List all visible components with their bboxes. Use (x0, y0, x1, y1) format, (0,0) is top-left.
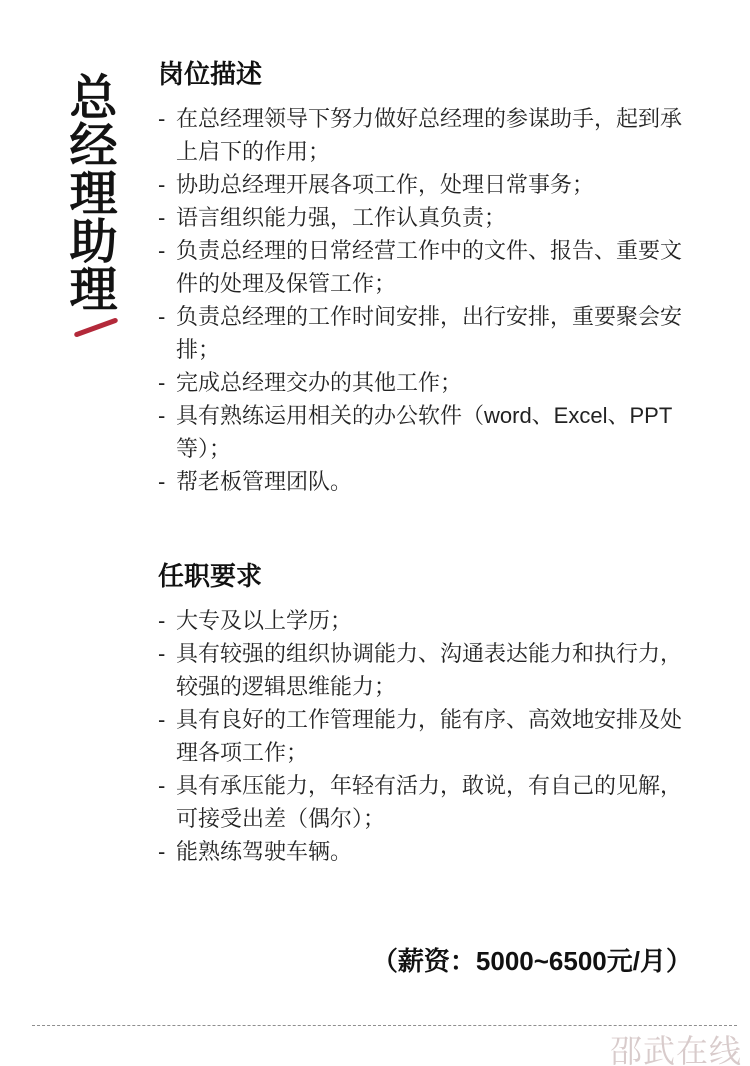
bullet-dash: - (158, 168, 176, 201)
red-slash-decoration (74, 317, 119, 337)
bullet-dash: - (158, 234, 176, 300)
job-requirements-heading: 任职要求 (158, 558, 685, 594)
list-item: - 具有良好的工作管理能力，能有序、高效地安排及处理各项工作； (158, 703, 685, 769)
job-description-list: - 在总经理领导下努力做好总经理的参谋助手，起到承上启下的作用； - 协助总经理… (158, 102, 685, 498)
bullet-dash: - (158, 399, 176, 465)
job-requirements-list: - 大专及以上学历； - 具有较强的组织协调能力、沟通表达能力和执行力，较强的逻… (158, 604, 685, 868)
list-item: - 负责总经理的日常经营工作中的文件、报告、重要文件的处理及保管工作； (158, 234, 685, 300)
job-description-heading: 岗位描述 (158, 56, 685, 92)
list-item-text: 负责总经理的日常经营工作中的文件、报告、重要文件的处理及保管工作； (176, 234, 685, 300)
list-item: - 完成总经理交办的其他工作； (158, 366, 685, 399)
list-item-text: 具有熟练运用相关的办公软件（word、Excel、PPT等）； (176, 399, 685, 465)
list-item: - 具有承压能力，年轻有活力，敢说，有自己的见解，可接受出差（偶尔）； (158, 769, 685, 835)
list-item-text: 帮老板管理团队。 (176, 465, 685, 498)
list-item: - 具有较强的组织协调能力、沟通表达能力和执行力，较强的逻辑思维能力； (158, 637, 685, 703)
bullet-dash: - (158, 102, 176, 168)
list-item-text: 能熟练驾驶车辆。 (176, 835, 685, 868)
bullet-dash: - (158, 366, 176, 399)
section-job-description: 岗位描述 - 在总经理领导下努力做好总经理的参谋助手，起到承上启下的作用； - … (158, 56, 685, 498)
bullet-dash: - (158, 201, 176, 234)
bullet-dash: - (158, 835, 176, 868)
bullet-dash: - (158, 604, 176, 637)
list-item: - 大专及以上学历； (158, 604, 685, 637)
list-item-text: 完成总经理交办的其他工作； (176, 366, 685, 399)
bullet-dash: - (158, 769, 176, 835)
list-item: - 能熟练驾驶车辆。 (158, 835, 685, 868)
list-item: - 语言组织能力强，工作认真负责； (158, 201, 685, 234)
watermark-text: 邵武在线 (610, 1026, 742, 1066)
list-item-text: 在总经理领导下努力做好总经理的参谋助手，起到承上启下的作用； (176, 102, 685, 168)
main-content: 岗位描述 - 在总经理领导下努力做好总经理的参谋助手，起到承上启下的作用； - … (158, 56, 685, 868)
list-item-text: 具有较强的组织协调能力、沟通表达能力和执行力，较强的逻辑思维能力； (176, 637, 685, 703)
list-item: - 协助总经理开展各项工作，处理日常事务； (158, 168, 685, 201)
list-item: - 在总经理领导下努力做好总经理的参谋助手，起到承上启下的作用； (158, 102, 685, 168)
list-item: - 负责总经理的工作时间安排，出行安排，重要聚会安排； (158, 300, 685, 366)
vertical-job-title: 总经理助理 (56, 72, 120, 312)
bullet-dash: - (158, 465, 176, 498)
list-item-text: 协助总经理开展各项工作，处理日常事务； (176, 168, 685, 201)
section-job-requirements: 任职要求 - 大专及以上学历； - 具有较强的组织协调能力、沟通表达能力和执行力… (158, 558, 685, 868)
list-item-text: 大专及以上学历； (176, 604, 685, 637)
list-item: - 帮老板管理团队。 (158, 465, 685, 498)
bullet-dash: - (158, 300, 176, 366)
job-posting-page: 总经理助理 岗位描述 - 在总经理领导下努力做好总经理的参谋助手，起到承上启下的… (0, 0, 750, 1066)
list-item-text: 具有承压能力，年轻有活力，敢说，有自己的见解，可接受出差（偶尔）； (176, 769, 685, 835)
bullet-dash: - (158, 637, 176, 703)
salary-note: （薪资：5000~6500元/月） (372, 941, 692, 978)
bullet-dash: - (158, 703, 176, 769)
list-item: - 具有熟练运用相关的办公软件（word、Excel、PPT等）； (158, 399, 685, 465)
list-item-text: 语言组织能力强，工作认真负责； (176, 201, 685, 234)
list-item-text: 负责总经理的工作时间安排，出行安排，重要聚会安排； (176, 300, 685, 366)
list-item-text: 具有良好的工作管理能力，能有序、高效地安排及处理各项工作； (176, 703, 685, 769)
